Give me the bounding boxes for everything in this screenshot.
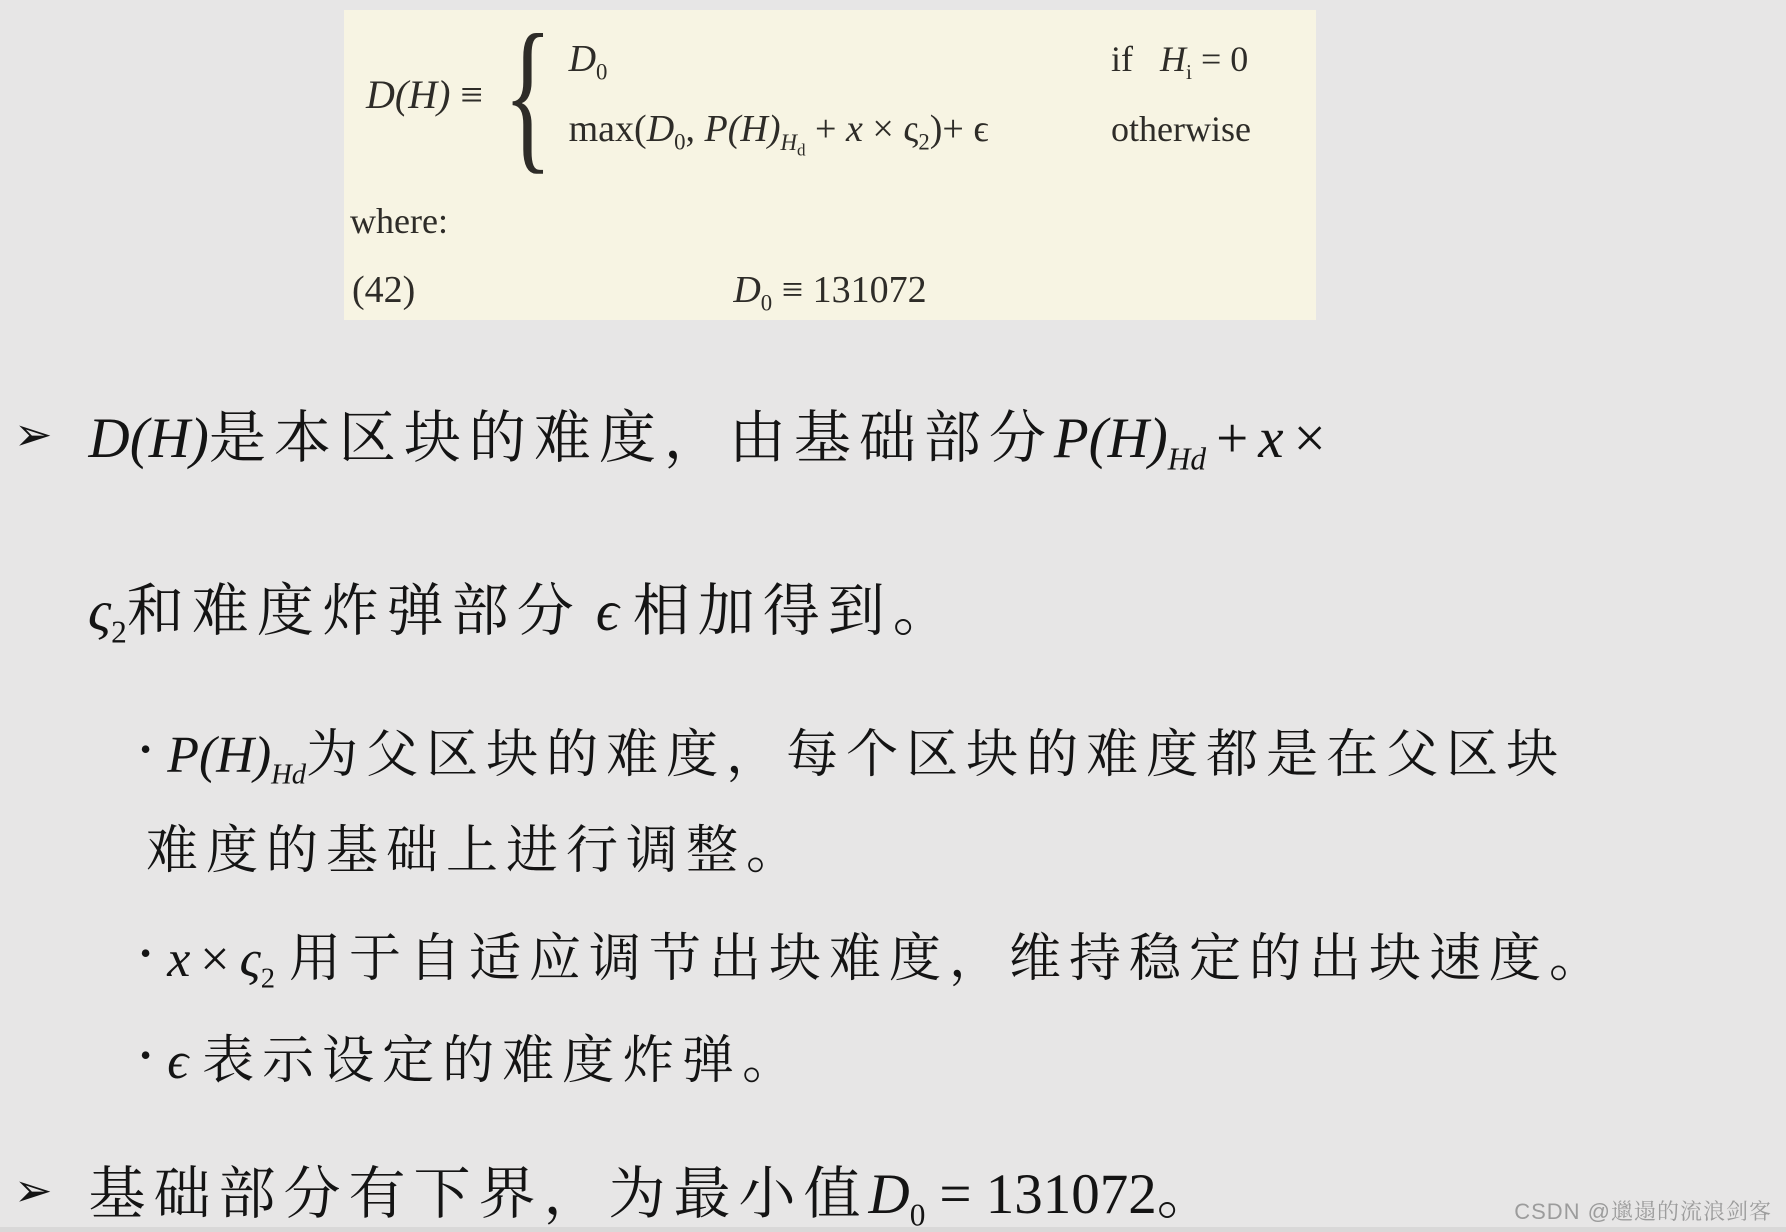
sub-bullet-1-line-2: 难度的基础上进行调整。	[146, 808, 806, 883]
case2-condition: otherwise	[1111, 108, 1306, 150]
csdn-watermark: CSDN @邋遢的流浪剑客	[1514, 1195, 1772, 1226]
formula-box: D(H) ≡ { D0 if Hi = 0 max(D0, P(H)Hd + x…	[344, 10, 1316, 320]
bullet-1-text-2: 和难度炸弹部分	[127, 580, 582, 643]
comma: ,	[686, 108, 696, 150]
d-subscript: 0	[910, 1197, 926, 1232]
slide-page: D(H) ≡ { D0 if Hi = 0 max(D0, P(H)Hd + x…	[0, 0, 1786, 1232]
d-subscript: 0	[596, 60, 607, 85]
x-symbol: x	[167, 931, 190, 988]
epsilon-symbol: ϵ	[596, 580, 619, 643]
times-sign: ×	[200, 931, 229, 988]
open-paren: (	[634, 108, 647, 150]
sub-bullet-1-text: 为父区块的难度，每个区块的难度都是在父区块	[306, 727, 1566, 784]
dot-bullet-icon: •	[140, 935, 151, 971]
dot-bullet-icon: •	[140, 731, 151, 767]
arrow-bullet-icon: ➢	[14, 1165, 53, 1216]
hd-subscript: Hd	[271, 759, 306, 790]
close-paren: )	[930, 108, 943, 150]
dh-symbol: D(H)	[89, 407, 209, 470]
epsilon-symbol: ϵ	[167, 1033, 188, 1090]
d-symbol: D	[869, 1163, 910, 1226]
parent-subscript: Hd	[781, 130, 806, 155]
sub-bullet-1-text-2: 难度的基础上进行调整。	[146, 823, 806, 880]
equiv-sign: ≡	[460, 72, 483, 117]
parent-subscript: Hd	[271, 759, 306, 790]
case-list: D0 if Hi = 0 max(D0, P(H)Hd + x × ς2)+ ϵ…	[569, 37, 1306, 151]
plus-sign: +	[815, 108, 836, 150]
d-sub-subscript: d	[797, 140, 806, 159]
case-row-2: max(D0, P(H)Hd + x × ς2)+ ϵ otherwise	[569, 107, 1306, 151]
sigma-symbol: ς	[240, 931, 261, 988]
bullet-2-text: 基础部分有下界，为最小值	[89, 1163, 869, 1226]
d-symbol: D	[569, 38, 596, 80]
piecewise-definition: D(H) ≡ { D0 if Hi = 0 max(D0, P(H)Hd + x…	[344, 10, 1316, 168]
plus-sign: +	[1216, 407, 1248, 470]
case-row-1: D0 if Hi = 0	[569, 37, 1306, 81]
plus-epsilon: + ϵ	[942, 108, 988, 150]
h-symbol: H	[1160, 39, 1186, 79]
parent-difficulty-symbol: P(H)	[1054, 407, 1168, 470]
h-symbol: H	[781, 130, 797, 155]
d-subscript: 0	[674, 130, 685, 155]
h-subscript: i	[1186, 60, 1192, 84]
sigma-symbol: ς	[903, 108, 918, 150]
bullet-1-text-3: 相加得到。	[633, 580, 958, 643]
d0-definition-row: (42) D0 ≡ 131072	[344, 268, 1316, 312]
sub-bullet-1-line-1: •P(H)Hd为父区块的难度，每个区块的难度都是在父区块	[140, 712, 1566, 787]
sub-bullet-3: •ϵ表示设定的难度炸弹。	[140, 1018, 802, 1093]
x-symbol: x	[846, 108, 863, 150]
x-symbol: x	[1258, 407, 1283, 470]
equation-number: (42)	[352, 268, 415, 312]
d0-definition: D0 ≡ 131072	[344, 268, 1316, 312]
parent-subscript: Hd	[1168, 441, 1206, 476]
sigma-subscript: 2	[918, 130, 929, 155]
condition-rest: = 0	[1201, 39, 1248, 79]
d-subscript: 0	[761, 291, 772, 316]
max-word: max	[569, 108, 634, 150]
bullet-1-line-2: ς2和难度炸弹部分ϵ相加得到。	[88, 565, 958, 647]
hd-subscript: Hd	[1168, 441, 1206, 476]
parent-difficulty-symbol: P(H)	[705, 108, 781, 150]
d-symbol: D	[733, 269, 760, 311]
sub-bullet-2-text: 用于自适应调节出块难度，维持稳定的出块速度。	[289, 931, 1609, 988]
if-word: if	[1111, 39, 1133, 79]
bullet-1-line-1: ➢D(H)是本区块的难度，由基础部分P(H)Hd+x×	[14, 392, 1336, 474]
sigma-symbol: ς	[88, 580, 111, 643]
sub-bullet-3-text: 表示设定的难度炸弹。	[202, 1033, 802, 1090]
bullet-1-text-1: 是本区块的难度，由基础部分	[209, 407, 1054, 470]
sigma-subscript: 2	[111, 614, 127, 649]
parent-difficulty-symbol: P(H)	[167, 727, 271, 784]
dot-bullet-icon: •	[140, 1037, 151, 1073]
bullet-2-value: = 131072。	[939, 1163, 1213, 1226]
lhs-symbol: D(H)	[366, 72, 450, 117]
formula-lhs: D(H) ≡	[366, 71, 483, 118]
sigma-subscript: 2	[261, 963, 275, 994]
case2-value: max(D0, P(H)Hd + x × ς2)+ ϵ	[569, 107, 1111, 151]
where-label: where:	[344, 200, 1316, 242]
d-symbol: D	[647, 108, 674, 150]
d0-value: ≡ 131072	[782, 269, 927, 311]
case1-value: D0	[569, 37, 1111, 81]
case1-condition: if Hi = 0	[1111, 38, 1306, 80]
times-sign: ×	[872, 108, 893, 150]
case-brace: {	[503, 20, 552, 168]
times-sign: ×	[1294, 407, 1326, 470]
arrow-bullet-icon: ➢	[14, 409, 53, 460]
sub-bullet-2: •x×ς2用于自适应调节出块难度，维持稳定的出块速度。	[140, 916, 1609, 991]
bullet-2: ➢基础部分有下界，为最小值D0= 131072。	[14, 1148, 1214, 1230]
